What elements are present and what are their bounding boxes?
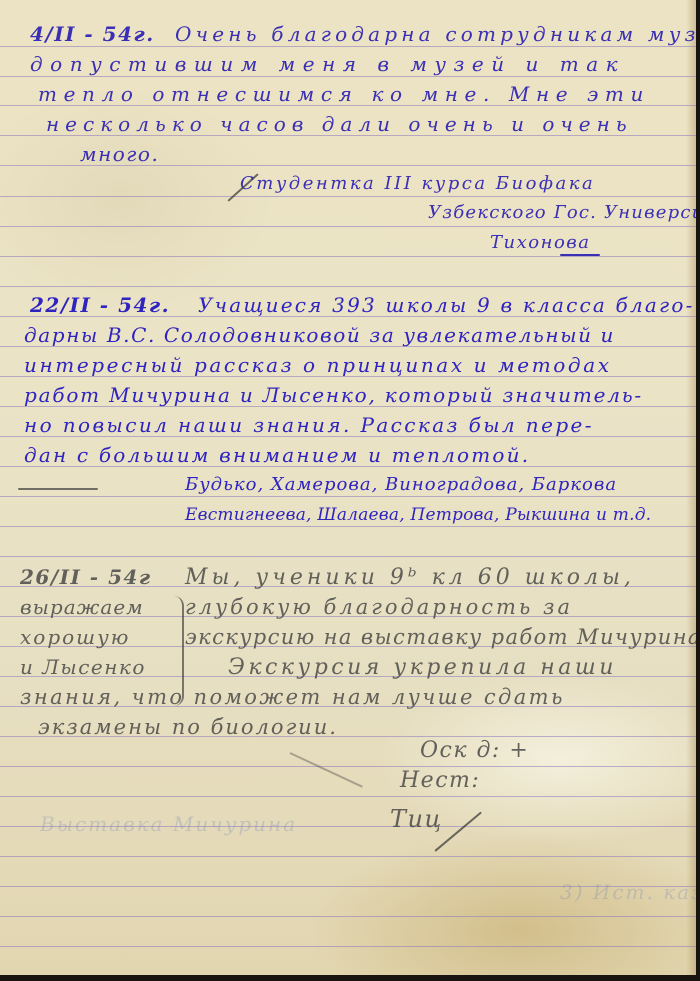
ruled-line xyxy=(0,256,696,257)
ruled-line xyxy=(0,796,696,797)
entry-text-line: работ Мичурина и Лысенко, который значит… xyxy=(24,383,643,407)
ruled-line xyxy=(0,226,696,227)
signatures-line: Будько, Хамерова, Виноградова, Баркова xyxy=(185,474,617,495)
entry-text-line: тепло отнесшимся ко мне. Мне эти xyxy=(38,82,650,106)
signature-flourish xyxy=(560,254,600,256)
entry-text-line: Очень благодарна сотрудникам музея, xyxy=(175,22,696,46)
entry-text-line: Учащиеся 393 школы 9 в класса благо- xyxy=(198,293,695,317)
entry-text-line: экскурсию на выставку работ Мичурина xyxy=(185,625,696,649)
document-page: Выставка Мичурина 3) Ист. каз. ... 4/II … xyxy=(0,0,696,975)
entry-date: 22/II - 54г. xyxy=(30,293,170,317)
ruled-line xyxy=(0,526,696,527)
ruled-line xyxy=(0,556,696,557)
ruled-line xyxy=(0,856,696,857)
ruled-line xyxy=(0,766,696,767)
entry-text-line: дан с большим вниманием и теплотой. xyxy=(24,443,530,467)
margin-note: и Лысенко xyxy=(20,655,146,679)
entry-text-line: глубокую благодарность за xyxy=(185,595,573,619)
margin-note: хорошую xyxy=(20,625,130,649)
entry-text-line: Мы, ученики 9ᵇ кл 60 школы, xyxy=(185,565,635,590)
entry-text-line: допустившим меня в музей и так xyxy=(30,52,625,76)
signature-mark: Оск д: + xyxy=(420,738,529,763)
ruled-line xyxy=(0,196,696,197)
signature-affiliation: Узбекского Гос. Университета xyxy=(428,202,696,223)
bleed-through-text: Выставка Мичурина xyxy=(40,812,297,836)
ruled-line xyxy=(0,916,696,917)
ruled-line xyxy=(0,946,696,947)
entry-text-line: но повысил наши знания. Рассказ был пере… xyxy=(24,413,594,437)
signature-name: Тихонова xyxy=(490,232,591,253)
signature-mark: Тиц xyxy=(390,805,443,833)
signatures-line: Евстигнеева, Шалаева, Петрова, Рыкшина и… xyxy=(185,505,651,525)
entry-text-line: несколько часов дали очень и очень xyxy=(46,112,633,136)
ruled-line xyxy=(0,496,696,497)
bleed-through-text: 3) Ист. каз. ... xyxy=(560,880,696,904)
signature-mark: Нест: xyxy=(400,768,480,793)
entry-date: 4/II - 54г. xyxy=(30,22,155,46)
signature-affiliation: Студентка III курса Биофака xyxy=(240,173,595,194)
page-edge-shadow xyxy=(686,0,696,975)
ruled-line xyxy=(0,46,696,47)
ruled-line xyxy=(0,286,696,287)
entry-text-line: много. xyxy=(80,142,159,166)
entry-text-line: знания, что поможет нам лучше сдать xyxy=(20,685,565,709)
ruled-line xyxy=(0,76,696,77)
entry-text-line: дарны В.С. Солодовниковой за увлекательн… xyxy=(24,323,615,347)
margin-note: выражаем xyxy=(20,595,144,619)
entry-text-line: Экскурсия укрепила наши xyxy=(228,655,617,680)
entry-text-line: экзамены по биологии. xyxy=(38,715,338,739)
entry-text-line: интересный рассказ о принципах и методах xyxy=(24,353,612,377)
pen-stroke-mark xyxy=(290,752,363,787)
entry-date: 26/II - 54г xyxy=(20,565,152,589)
separator-dash xyxy=(18,488,98,490)
